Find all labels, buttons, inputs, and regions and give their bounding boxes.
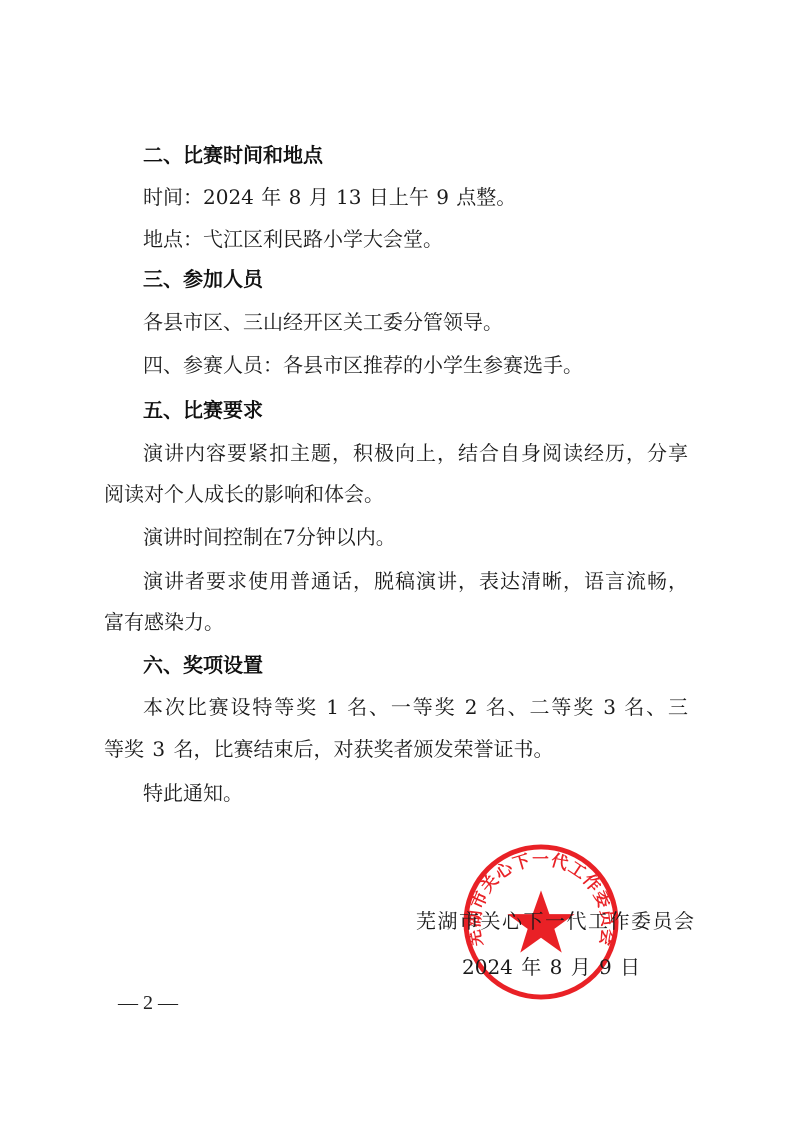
paragraph-location: 地点：弋江区利民路小学大会堂。 [143, 227, 443, 251]
page-number: — 2 — [118, 991, 178, 1015]
section-heading-attendees: 三、参加人员 [143, 267, 263, 291]
paragraph-time: 时间：2024 年 8 月 13 日上午 9 点整。 [143, 185, 516, 209]
paragraph-contestants: 四、参赛人员：各县市区推荐的小学生参赛选手。 [143, 353, 583, 377]
paragraph-requirement-content-2: 阅读对个人成长的影响和体会。 [104, 482, 384, 506]
paragraph-awards-2: 等奖 3 名，比赛结束后，对获奖者颁发荣誉证书。 [104, 737, 553, 761]
paragraph-attendees: 各县市区、三山经开区关工委分管领导。 [143, 310, 503, 334]
paragraph-requirement-speech-1: 演讲者要求使用普通话，脱稿演讲，表达清晰，语言流畅， [143, 569, 688, 593]
paragraph-requirement-time: 演讲时间控制在7分钟以内。 [143, 525, 396, 549]
signature-organization: 芜湖市关心下一代工作委员会 [416, 909, 696, 933]
section-heading-time-location: 二、比赛时间和地点 [143, 143, 323, 167]
paragraph-closing: 特此通知。 [143, 781, 243, 805]
signature-date: 2024 年 8 月 9 日 [462, 955, 640, 979]
section-heading-requirements: 五、比赛要求 [143, 398, 263, 422]
paragraph-requirement-speech-2: 富有感染力。 [104, 610, 224, 634]
document-page: 二、比赛时间和地点 时间：2024 年 8 月 13 日上午 9 点整。 地点：… [0, 0, 794, 1122]
paragraph-awards-1: 本次比赛设特等奖 1 名、一等奖 2 名、二等奖 3 名、三 [143, 695, 688, 719]
section-heading-awards: 六、奖项设置 [143, 653, 263, 677]
paragraph-requirement-content-1: 演讲内容要紧扣主题，积极向上，结合自身阅读经历，分享 [143, 441, 688, 465]
